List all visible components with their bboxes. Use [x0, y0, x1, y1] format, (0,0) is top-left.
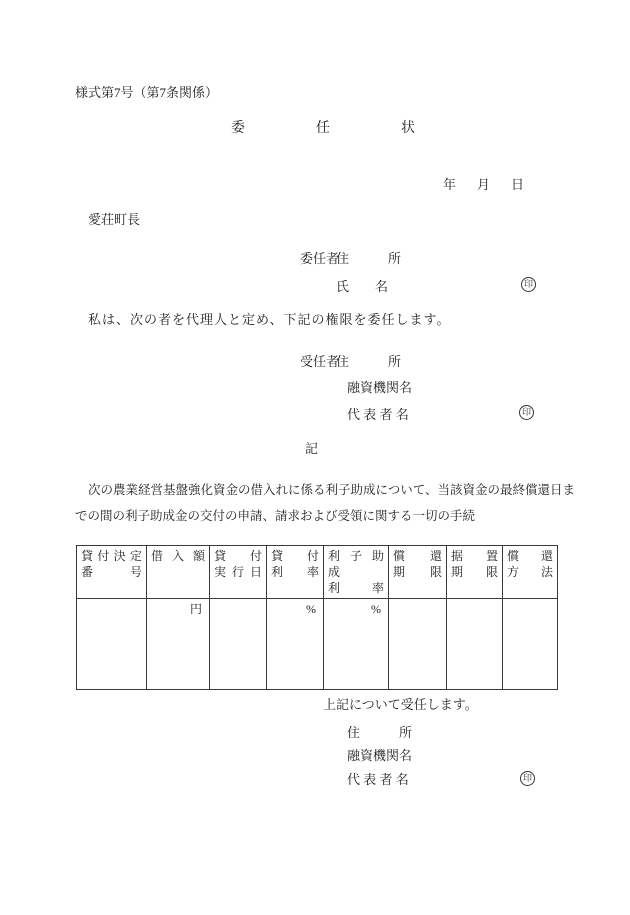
col-header-text: 利 率	[271, 564, 319, 580]
record-marker: 記	[305, 441, 318, 457]
col-header-text: 実 行 日	[214, 564, 262, 580]
loan-table: 貸 付 決 定 番 号 借 入 額 貸 付 実 行 日 貸 付 利 率 利 子 …	[76, 545, 558, 690]
acceptance-institution-label: 融資機関名	[347, 748, 412, 764]
cell-deferment-deadline	[447, 599, 503, 690]
cell-loan-decision-number	[77, 599, 147, 690]
loan-table-entry-row: 円 % %	[77, 599, 558, 690]
delegate-representative-label: 代 表 者 名	[347, 407, 409, 423]
acceptance-statement: 上記について受任します。	[323, 697, 478, 713]
cell-interest-subsidy-rate: %	[324, 599, 389, 690]
col-header-loan-execution-date: 貸 付 実 行 日	[210, 546, 267, 599]
unit-percent: %	[328, 601, 384, 617]
cell-loan-execution-date	[210, 599, 267, 690]
description-line-1: 次の農業経営基盤強化資金の借入れに係る利子助成について、当該資金の最終償還日ま	[88, 483, 575, 499]
power-of-attorney-document: 様式第7号（第7条関係） 委任状 年 月 日 愛荘町長 委任者 住 所 氏 名 …	[0, 0, 630, 915]
col-header-loan-interest-rate: 貸 付 利 率	[267, 546, 324, 599]
col-header-text: 貸 付 決 定	[81, 548, 142, 564]
col-header-text: 据 置	[451, 548, 498, 564]
col-header-text: 利 率	[328, 580, 384, 596]
document-title: 委任状	[231, 120, 486, 138]
description-line-2: での間の利子助成金の交付の申請、請求および受領に関する一切の手続	[75, 509, 475, 525]
delegator-address-label: 住 所	[336, 251, 401, 267]
delegate-institution-label: 融資機関名	[347, 380, 412, 396]
delegate-seal-icon: 印	[519, 405, 534, 420]
col-header-text: 期 限	[393, 564, 442, 580]
delegate-role-label: 受任者	[300, 354, 339, 370]
delegator-name-label: 氏 名	[336, 279, 388, 295]
delegate-address-label: 住 所	[336, 354, 401, 370]
col-header-text: 償 還	[393, 548, 442, 564]
unit-yen: 円	[151, 601, 205, 617]
delegator-role-label: 委任者	[300, 251, 339, 267]
col-header-text: 番 号	[81, 564, 142, 580]
acceptance-address-label: 住 所	[347, 725, 412, 741]
col-header-text: 貸 付	[271, 548, 319, 564]
acceptance-representative-label: 代 表 者 名	[347, 772, 409, 788]
delegation-statement: 私は、次の者を代理人と定め、下記の権限を委任します。	[88, 312, 450, 328]
col-header-repayment-method: 償 還 方 法	[503, 546, 558, 599]
form-number: 様式第7号（第7条関係）	[75, 85, 218, 101]
delegator-seal-icon: 印	[521, 277, 536, 292]
col-header-deferment-deadline: 据 置 期 限	[447, 546, 503, 599]
loan-table-header-row: 貸 付 決 定 番 号 借 入 額 貸 付 実 行 日 貸 付 利 率 利 子 …	[77, 546, 558, 599]
addressee: 愛荘町長	[88, 212, 140, 228]
loan-table-container: 貸 付 決 定 番 号 借 入 額 貸 付 実 行 日 貸 付 利 率 利 子 …	[76, 545, 558, 690]
cell-repayment-deadline	[389, 599, 447, 690]
acceptance-seal-icon: 印	[520, 771, 535, 786]
col-header-text: 償 還	[507, 548, 553, 564]
col-header-interest-subsidy-rate: 利 子 助 成 利 率	[324, 546, 389, 599]
unit-percent: %	[271, 601, 319, 617]
col-header-text: 借 入 額	[151, 548, 205, 564]
cell-borrowed-amount: 円	[147, 599, 210, 690]
date-line: 年 月 日	[443, 177, 528, 193]
col-header-text: 利 子 助 成	[328, 548, 384, 580]
col-header-text: 方 法	[507, 564, 553, 580]
col-header-text: 期 限	[451, 564, 498, 580]
cell-loan-interest-rate: %	[267, 599, 324, 690]
col-header-borrowed-amount: 借 入 額	[147, 546, 210, 599]
col-header-loan-decision-number: 貸 付 決 定 番 号	[77, 546, 147, 599]
col-header-repayment-deadline: 償 還 期 限	[389, 546, 447, 599]
col-header-text: 貸 付	[214, 548, 262, 564]
cell-repayment-method	[503, 599, 558, 690]
